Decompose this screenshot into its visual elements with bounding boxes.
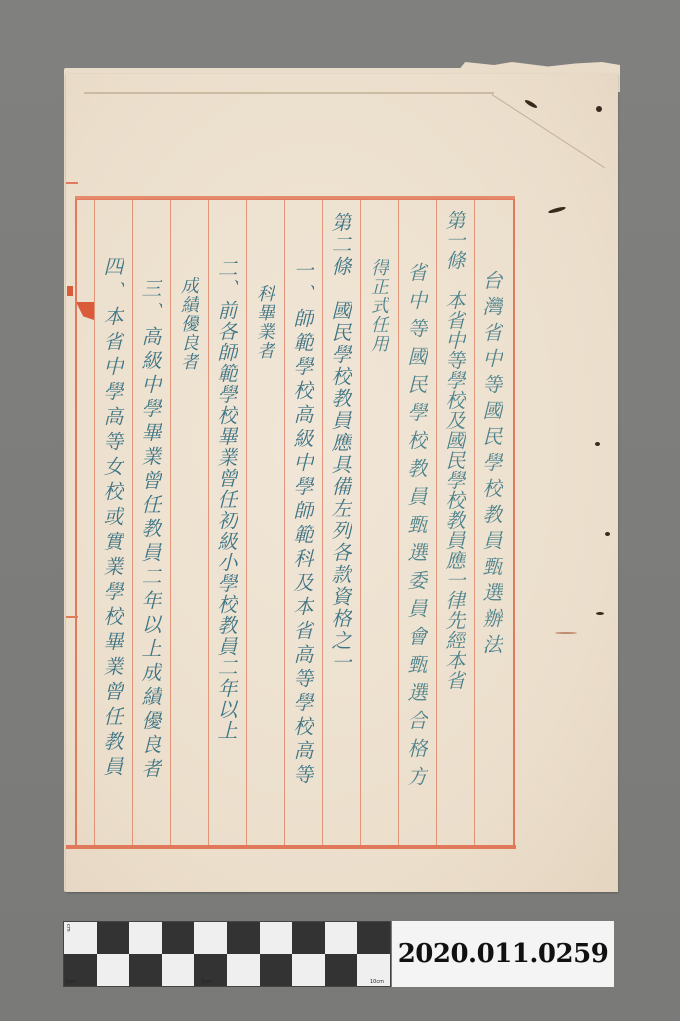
document-title: 台灣省中等國民學校教員甄選辦法: [478, 270, 504, 660]
article-2-item-4: 四、本省中學高等女校或實業學校畢業曾任教員: [98, 256, 126, 781]
scale-unit-label: cm: [65, 924, 71, 932]
article-2-item-2-line-1: 二、前各師範學校畢業曾任初級小學校教員二年以上: [212, 258, 240, 741]
article-2-item-2-line-2: 成績優良者: [174, 276, 202, 371]
scale-square-white: [129, 922, 162, 954]
article-2-item-1-line-1: 一、師範學校高級中學師範科及本省高等學校高等: [288, 260, 316, 788]
frame-bottom-rule: [66, 845, 516, 849]
article-1-line-1: 第一條 本省中等學校及國民學校教員應一律先經本省: [440, 210, 468, 690]
column-rule: [208, 200, 209, 845]
accession-number-label: 2020.011.0259: [392, 921, 614, 987]
scale-square-black: [357, 922, 390, 954]
article-1-line-2: 省中等國民學校教員甄選委員會甄選合格方: [402, 262, 430, 794]
scale-square-black: [292, 922, 325, 954]
scale-square-white: [194, 922, 227, 954]
scale-square-white: [325, 922, 358, 954]
frame-top-rule: [75, 196, 515, 199]
ink-stain: [555, 632, 577, 634]
column-rule: [246, 200, 247, 845]
column-rule: [132, 200, 133, 845]
scale-square-black: [260, 954, 293, 986]
article-2-item-1-line-2: 科畢業者: [250, 284, 278, 360]
column-rule: [284, 200, 285, 845]
margin-rule-mark: [66, 182, 78, 184]
ink-stain: [605, 532, 610, 536]
scale-square-black: [129, 954, 162, 986]
scale-square-white: [260, 922, 293, 954]
fold-crease: [84, 92, 494, 94]
scale-square-white: [97, 954, 130, 986]
column-rule: [474, 200, 475, 845]
scale-square-black: [162, 922, 195, 954]
scale-square-white: [227, 954, 260, 986]
scale-square-white: [162, 954, 195, 986]
ink-stain: [595, 442, 600, 446]
ink-stain: [596, 612, 604, 615]
column-rule: [322, 200, 323, 845]
scale-square-black: [227, 922, 260, 954]
article-2-item-3: 三、高級中學畢業曾任教員二年以上成績優良者: [136, 278, 164, 782]
column-rule: [170, 200, 171, 845]
scale-start-label: 1cm: [65, 979, 76, 985]
column-rule: [398, 200, 399, 845]
article-1-line-3: 得正式任用: [364, 258, 392, 353]
scale-square-white: [292, 954, 325, 986]
color-scale-bar: [63, 921, 391, 987]
scale-square-black: [97, 922, 130, 954]
article-2-heading: 第二條 國民學校教員應具備左列各款資格之一: [326, 212, 354, 674]
ink-stain: [596, 106, 602, 112]
column-rule: [94, 200, 95, 845]
scale-square-black: [325, 954, 358, 986]
red-margin-mark: [67, 286, 73, 296]
column-rule: [436, 200, 437, 845]
column-rule: [360, 200, 361, 845]
scale-end-label: 10cm: [370, 979, 384, 985]
scale-mid-label: 5cm: [201, 979, 212, 985]
